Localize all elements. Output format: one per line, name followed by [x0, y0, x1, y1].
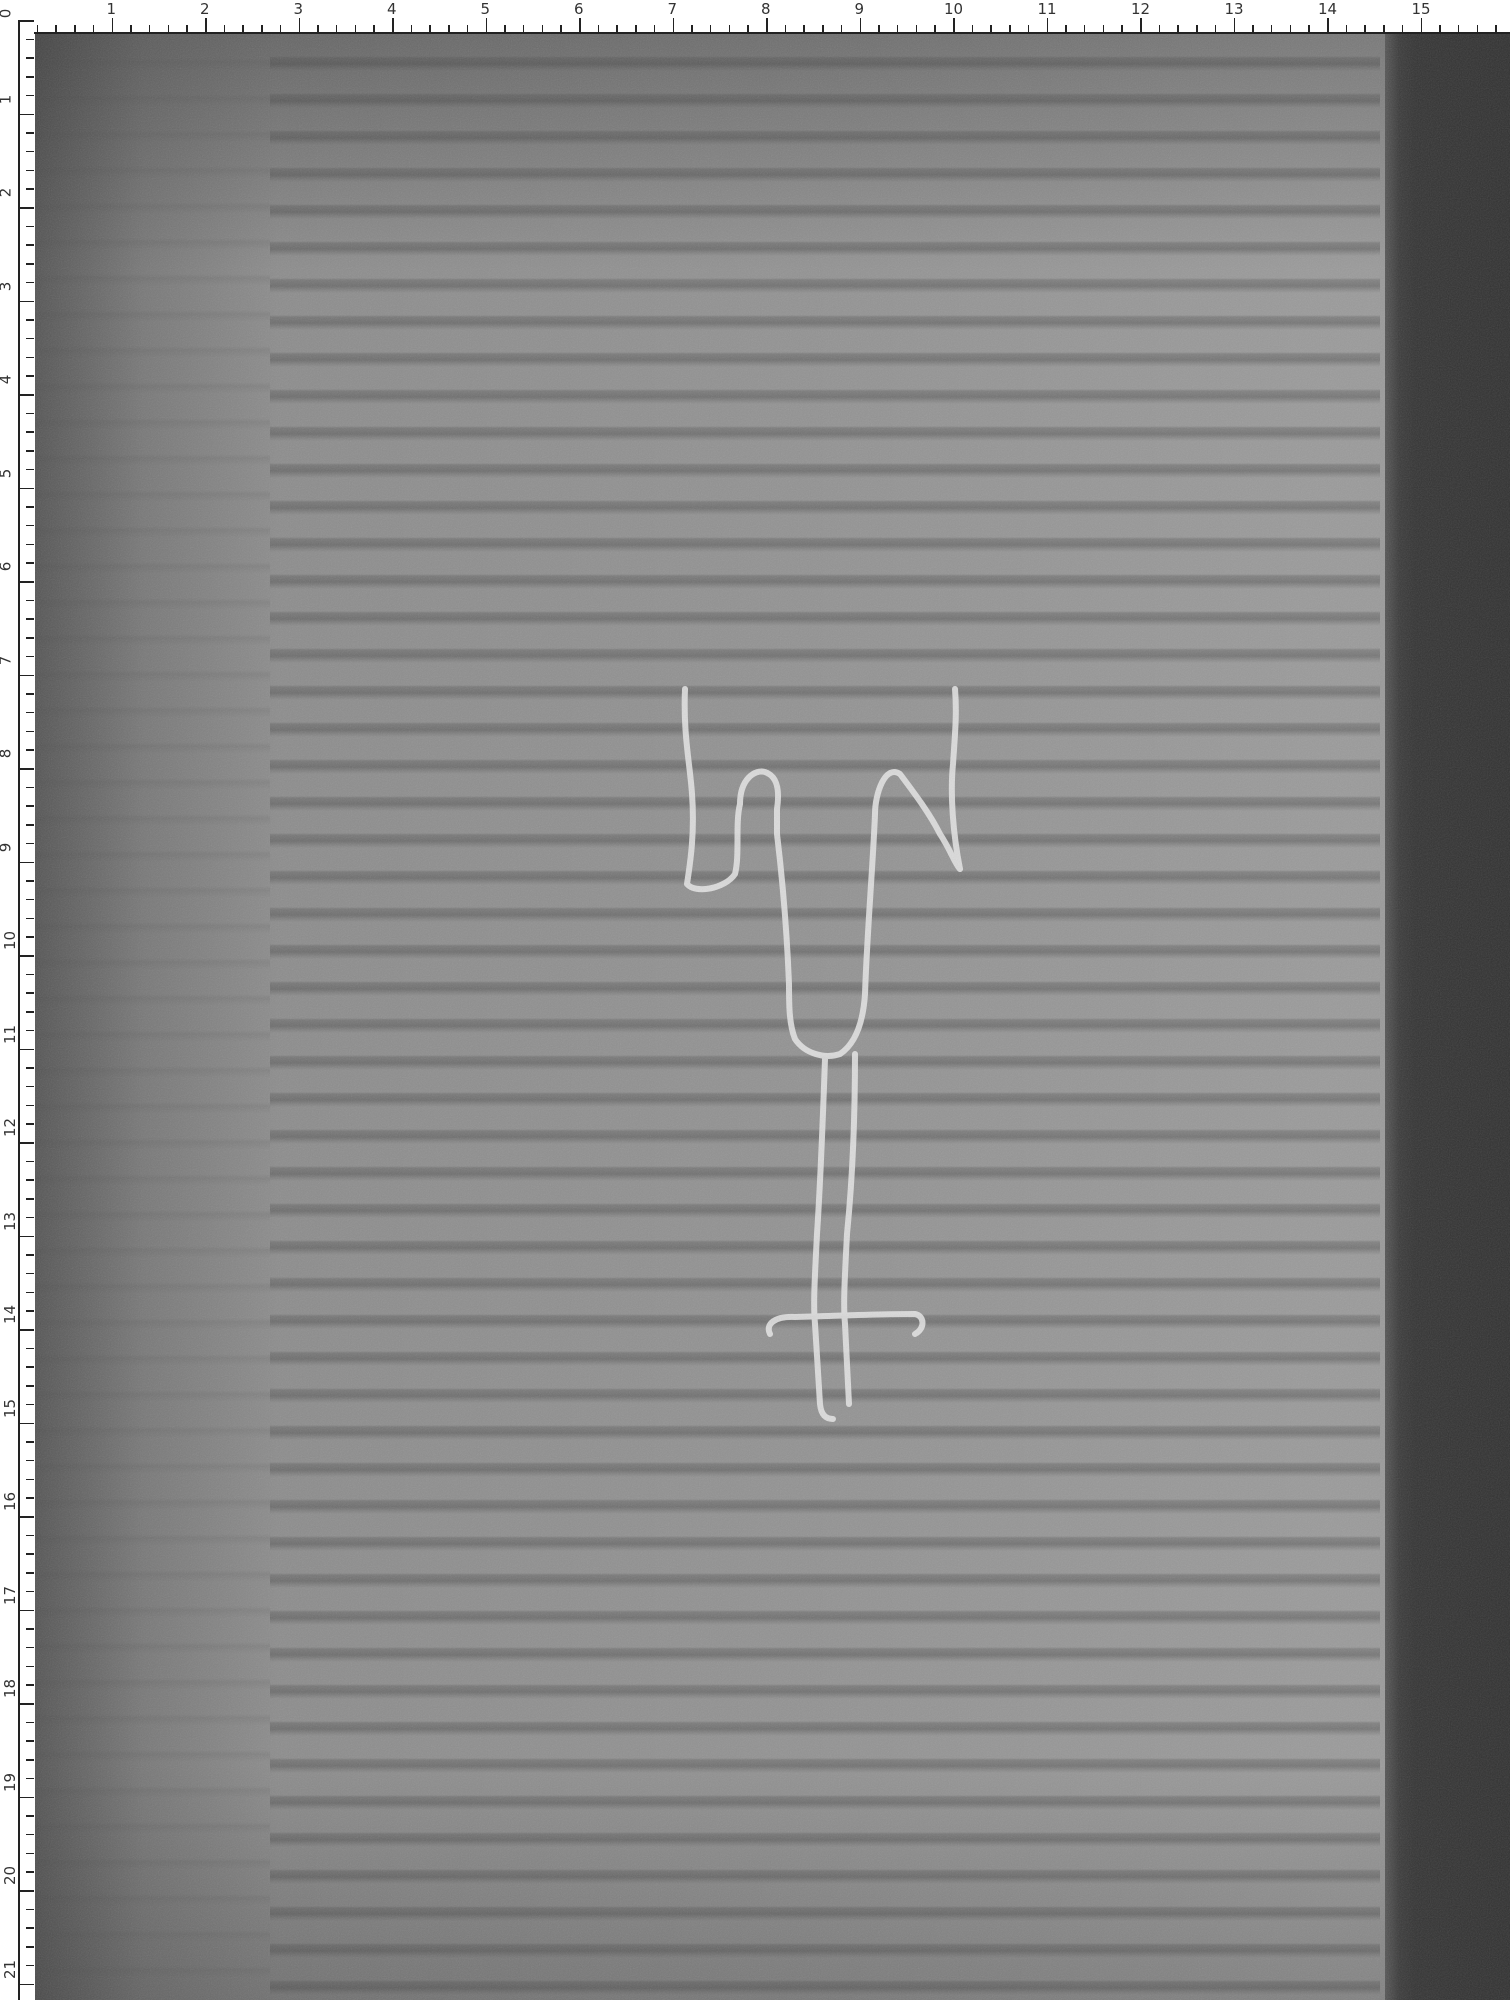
ruler-label: 13 — [1225, 2, 1244, 17]
ruler-tick — [18, 1329, 34, 1331]
ruler-tick — [26, 918, 34, 920]
ruler-tick — [26, 1217, 34, 1219]
ruler-tick — [26, 431, 34, 433]
ruler-tick — [26, 787, 34, 789]
ruler-tick — [523, 25, 525, 32]
ruler-tick — [26, 1011, 34, 1013]
ruler-label: 3 — [294, 2, 304, 17]
ruler-tick — [26, 244, 34, 246]
ruler-tick — [26, 375, 34, 377]
ruler-tick — [953, 18, 955, 32]
ruler-tick — [429, 25, 431, 32]
ruler-tick — [26, 170, 34, 172]
ruler-tick — [1458, 25, 1460, 32]
ruler-label: 1 — [107, 2, 117, 17]
ruler-tick — [18, 1610, 34, 1612]
ruler-tick — [26, 95, 34, 97]
ruler-tick — [26, 1254, 34, 1256]
ruler-tick — [635, 25, 637, 32]
ruler-tick — [411, 25, 413, 32]
ruler-tick — [26, 731, 34, 733]
ruler-tick — [336, 25, 338, 32]
ruler-tick — [18, 1423, 34, 1425]
ruler-tick — [1234, 18, 1236, 32]
ruler-baseline — [18, 20, 20, 2000]
ruler-tick — [897, 25, 899, 32]
ruler-tick — [1252, 25, 1254, 32]
ruler-tick — [990, 25, 992, 32]
ruler-tick — [392, 18, 394, 32]
ruler-tick — [26, 76, 34, 78]
ruler-label: 14 — [3, 1305, 18, 1324]
ruler-tick — [542, 25, 544, 32]
ruler-label: 14 — [1318, 2, 1337, 17]
ruler-tick — [299, 18, 301, 32]
ruler-tick — [149, 25, 151, 32]
ruler-tick — [26, 1722, 34, 1724]
ruler-label: 6 — [0, 562, 13, 572]
ruler-label: 20 — [3, 1866, 18, 1885]
ruler-tick — [1364, 25, 1366, 32]
ruler-tick — [26, 1366, 34, 1368]
ruler-tick — [26, 506, 34, 508]
ruler-label: 18 — [3, 1679, 18, 1698]
ruler-tick — [1121, 25, 1123, 32]
ruler-tick — [26, 57, 34, 59]
ruler-tick — [841, 25, 843, 32]
ruler-tick — [18, 1890, 34, 1892]
ruler-tick — [785, 25, 787, 32]
ruler-tick — [1196, 25, 1198, 32]
ruler-tick — [18, 301, 34, 303]
ruler-tick — [448, 25, 450, 32]
ruler-tick — [242, 25, 244, 32]
ruler-tick — [18, 862, 34, 864]
ruler-tick — [74, 25, 76, 32]
ruler-tick — [26, 450, 34, 452]
ruler-tick — [26, 1535, 34, 1537]
ruler-tick — [729, 25, 731, 32]
ruler-tick — [26, 263, 34, 265]
ruler-label: 5 — [0, 468, 13, 478]
ruler-tick — [280, 25, 282, 32]
ruler-label: 21 — [3, 1959, 18, 1978]
ruler-tick — [1103, 25, 1105, 32]
ruler-tick — [26, 1479, 34, 1481]
ruler-tick — [355, 25, 357, 32]
ruler-tick — [26, 1292, 34, 1294]
ruler-tick — [37, 25, 39, 32]
ruler-tick — [26, 1067, 34, 1069]
ruler-tick — [18, 1516, 34, 1518]
ruler-tick — [26, 226, 34, 228]
ruler-label: 7 — [0, 655, 13, 665]
ruler-tick — [26, 1030, 34, 1032]
ruler-tick — [1047, 18, 1049, 32]
ruler-tick — [26, 600, 34, 602]
ruler-tick — [1271, 25, 1273, 32]
ruler-tick — [130, 25, 132, 32]
ruler-tick — [467, 25, 469, 32]
ruler-label: 7 — [668, 2, 678, 17]
ruler-tick — [26, 282, 34, 284]
ruler-label: 10 — [3, 931, 18, 950]
ruler-tick — [26, 1310, 34, 1312]
ruler-tick — [18, 675, 34, 677]
ruler-tick — [224, 25, 226, 32]
ruler-tick — [26, 1647, 34, 1649]
ruler-tick — [26, 1105, 34, 1107]
ruler-label: 4 — [387, 2, 397, 17]
ruler-label: 9 — [0, 842, 13, 852]
ruler-tick — [26, 1497, 34, 1499]
ruler-tick — [1290, 25, 1292, 32]
ruler-tick — [934, 25, 936, 32]
ruler-tick — [26, 525, 34, 527]
ruler-tick — [560, 25, 562, 32]
ruler-tick — [55, 25, 57, 32]
ruler-label: 5 — [481, 2, 491, 17]
ruler-tick — [26, 338, 34, 340]
ruler-tick — [1346, 25, 1348, 32]
ruler-tick — [1140, 18, 1142, 32]
ruler-tick — [26, 1778, 34, 1780]
ruler-tick — [654, 25, 656, 32]
ruler-tick — [26, 1666, 34, 1668]
ruler-tick — [616, 25, 618, 32]
ruler-tick — [878, 25, 880, 32]
ruler-tick — [26, 693, 34, 695]
ruler-label: 4 — [0, 375, 13, 385]
ruler-tick — [504, 25, 506, 32]
ruler-tick — [26, 1871, 34, 1873]
ruler-label: 11 — [3, 1024, 18, 1043]
ruler-label: 16 — [3, 1492, 18, 1511]
ruler-tick — [1327, 18, 1329, 32]
ruler-tick — [26, 1684, 34, 1686]
ruler-tick — [18, 768, 34, 770]
ruler-tick — [26, 151, 34, 153]
ruler-tick — [26, 1628, 34, 1630]
ruler-tick — [26, 469, 34, 471]
ruler-tick — [1215, 25, 1217, 32]
ruler-tick — [26, 805, 34, 807]
ruler-tick — [1159, 25, 1161, 32]
ruler-tick — [26, 1553, 34, 1555]
top-ruler: 01234567891011121314151 — [0, 0, 1510, 34]
ruler-label: 12 — [3, 1118, 18, 1137]
ruler-tick — [1421, 18, 1423, 32]
ruler-tick — [1009, 25, 1011, 32]
ruler-tick — [18, 488, 34, 490]
ruler-tick — [26, 1198, 34, 1200]
ruler-tick — [26, 1946, 34, 1948]
ruler-tick — [860, 18, 862, 32]
ruler-tick — [18, 1984, 34, 1986]
ruler-tick — [26, 880, 34, 882]
ruler-tick — [373, 25, 375, 32]
ruler-label: 19 — [3, 1772, 18, 1791]
left-ruler: 0123456789101112131415161718192021 — [0, 0, 34, 2000]
ruler-tick — [186, 25, 188, 32]
ruler-tick — [18, 20, 34, 22]
ruler-tick — [93, 25, 95, 32]
ruler-label: 1 — [0, 94, 13, 104]
document-scan — [35, 34, 1510, 2000]
ruler-tick — [691, 25, 693, 32]
ruler-tick — [1477, 25, 1479, 32]
ruler-tick — [18, 207, 34, 209]
ruler-tick — [26, 637, 34, 639]
ruler-tick — [18, 1049, 34, 1051]
ruler-tick — [26, 1179, 34, 1181]
ruler-label: 15 — [3, 1398, 18, 1417]
ruler-label: 2 — [200, 2, 210, 17]
ruler-tick — [205, 18, 207, 32]
ruler-tick — [26, 712, 34, 714]
ruler-tick — [26, 1460, 34, 1462]
ruler-tick — [26, 1740, 34, 1742]
ruler-tick — [26, 843, 34, 845]
ruler-tick — [18, 394, 34, 396]
ruler-tick — [972, 25, 974, 32]
ruler-tick — [26, 618, 34, 620]
ruler-tick — [26, 1759, 34, 1761]
ruler-tick — [26, 1273, 34, 1275]
ruler-tick — [112, 18, 114, 32]
ruler-tick — [822, 25, 824, 32]
ruler-label: 6 — [574, 2, 584, 17]
ruler-tick — [26, 656, 34, 658]
ruler-tick — [317, 25, 319, 32]
ruler-tick — [26, 1815, 34, 1817]
ruler-tick — [26, 1123, 34, 1125]
ruler-label: 8 — [0, 749, 13, 759]
ruler-tick — [26, 1161, 34, 1163]
ruler-tick — [18, 581, 34, 583]
ruler-tick — [26, 319, 34, 321]
ruler-tick — [26, 562, 34, 564]
ruler-label: 12 — [1131, 2, 1150, 17]
ruler-tick — [26, 413, 34, 415]
ruler-tick — [598, 25, 600, 32]
ruler-tick — [26, 824, 34, 826]
ruler-label: 9 — [855, 2, 865, 17]
ruler-tick — [26, 1834, 34, 1836]
ruler-tick — [26, 1927, 34, 1929]
ruler-tick — [26, 1965, 34, 1967]
ruler-tick — [710, 25, 712, 32]
ruler-tick — [18, 1236, 34, 1238]
ruler-tick — [26, 992, 34, 994]
ruler-tick — [18, 1703, 34, 1705]
ruler-tick — [26, 1385, 34, 1387]
ruler-tick — [1308, 25, 1310, 32]
ruler-tick — [803, 25, 805, 32]
ruler-tick — [1402, 25, 1404, 32]
ruler-tick — [1028, 25, 1030, 32]
ruler-tick — [1065, 25, 1067, 32]
ruler-tick — [26, 1853, 34, 1855]
ruler-tick — [26, 1404, 34, 1406]
ruler-tick — [1084, 25, 1086, 32]
ruler-tick — [26, 357, 34, 359]
ruler-tick — [26, 39, 34, 41]
ruler-label: 13 — [3, 1211, 18, 1230]
ruler-label: 15 — [1412, 2, 1431, 17]
ruler-label: 2 — [0, 188, 13, 198]
ruler-tick — [26, 1572, 34, 1574]
ruler-tick — [168, 25, 170, 32]
ruler-tick — [26, 1348, 34, 1350]
ruler-tick — [26, 1441, 34, 1443]
noise-texture — [35, 34, 1510, 2000]
ruler-tick — [26, 936, 34, 938]
ruler-label: 11 — [1038, 2, 1057, 17]
ruler-tick — [26, 974, 34, 976]
ruler-tick — [26, 188, 34, 190]
ruler-label: 10 — [944, 2, 963, 17]
ruler-label: 8 — [761, 2, 771, 17]
ruler-tick — [1495, 25, 1497, 32]
ruler-tick — [261, 25, 263, 32]
ruler-tick — [1439, 25, 1441, 32]
ruler-tick — [673, 18, 675, 32]
ruler-tick — [18, 1142, 34, 1144]
ruler-label: 0 — [0, 9, 13, 19]
ruler-tick — [766, 18, 768, 32]
ruler-tick — [26, 749, 34, 751]
ruler-label: 3 — [0, 281, 13, 291]
ruler-tick — [26, 1591, 34, 1593]
ruler-tick — [579, 18, 581, 32]
ruler-tick — [18, 114, 34, 116]
ruler-tick — [26, 132, 34, 134]
ruler-tick — [26, 544, 34, 546]
ruler-tick — [916, 25, 918, 32]
ruler-tick — [26, 899, 34, 901]
ruler-tick — [26, 1909, 34, 1911]
ruler-tick — [1177, 25, 1179, 32]
ruler-tick — [26, 1086, 34, 1088]
ruler-tick — [1383, 25, 1385, 32]
ruler-tick — [486, 18, 488, 32]
ruler-tick — [18, 955, 34, 957]
ruler-label: 17 — [3, 1585, 18, 1604]
ruler-tick — [747, 25, 749, 32]
ruler-tick — [18, 1797, 34, 1799]
